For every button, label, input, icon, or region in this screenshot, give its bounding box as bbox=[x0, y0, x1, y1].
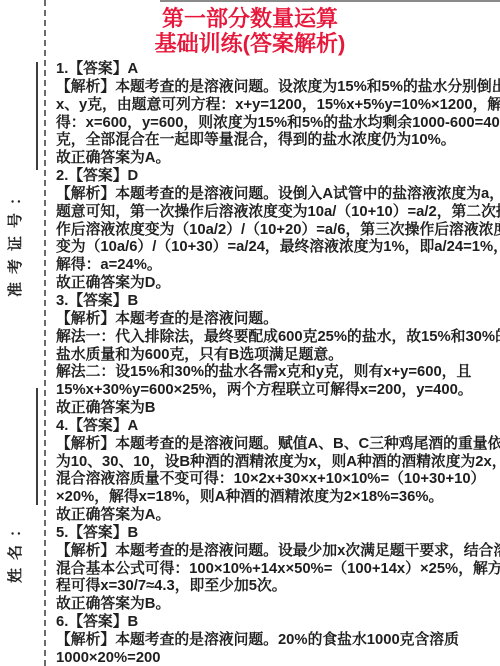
conclusion-line: 故正确答案为A。 bbox=[56, 150, 498, 168]
fold-divider-dashed-line bbox=[44, 0, 46, 666]
analysis-line: 【解析】本题考查的是溶液问题。赋值A、B、C三种鸡尾酒的重量依次 bbox=[56, 436, 498, 454]
analysis-line: 程可得x=30/7≈4.3，即至少加5次。 bbox=[56, 578, 498, 596]
analysis-line: 解法一：代入排除法，最终要配成600克25%的盐水，故15%和30%的 bbox=[56, 329, 498, 347]
answer-item-6: 6.【答案】B 【解析】本题考查的是溶液问题。20%的食盐水1000克含溶质 1… bbox=[56, 614, 498, 666]
page-title-line1: 第一部分数量运算 bbox=[0, 6, 500, 31]
analysis-line: 解法二：设15%和30%的盐水各需x克和y克，则有x+y=600，且 bbox=[56, 364, 498, 382]
answer-item-2: 2.【答案】D 【解析】本题考查的是溶液问题。设倒入A试管中的盐溶液浓度为a，由… bbox=[56, 168, 498, 293]
answer-line: 6.【答案】B bbox=[56, 614, 498, 632]
conclusion-line: 故正确答案为B bbox=[56, 400, 498, 418]
analysis-line: 作后溶液浓度变为（10a/2）/（10+20）=a/6，第三次操作后溶液浓度 bbox=[56, 222, 498, 240]
analysis-line: 【解析】本题考查的是溶液问题。 bbox=[56, 311, 498, 329]
analysis-line: 【解析】本题考查的是溶液问题。设浓度为15%和5%的盐水分别倒出 bbox=[56, 79, 498, 97]
analysis-line: 解得：a=24%。 bbox=[56, 257, 498, 275]
conclusion-line: 故正确答案为D。 bbox=[56, 275, 498, 293]
analysis-line: 【解析】本题考查的是溶液问题。设倒入A试管中的盐溶液浓度为a，由 bbox=[56, 186, 498, 204]
analysis-line: ×20%，解得x=18%，则A种酒的酒精浓度为2×18%=36%。 bbox=[56, 489, 498, 507]
page-title-line2: 基础训练(答案解析) bbox=[0, 31, 500, 56]
answer-sheet-page: 准考证号： 姓名： 第一部分数量运算 基础训练(答案解析) 1.【答案】A 【解… bbox=[0, 0, 500, 666]
analysis-line: 盐水质量和为600克，只有B选项满足题意。 bbox=[56, 347, 498, 365]
analysis-line: x、y克，由题意可列方程：x+y=1200，15%x+5%y=10%×1200，… bbox=[56, 97, 498, 115]
analysis-line: 变为（10a/6）/（10+30）=a/24，最终溶液浓度为1%，即a/24=1… bbox=[56, 239, 498, 257]
answer-line: 4.【答案】A bbox=[56, 418, 498, 436]
exam-number-label: 准考证号： bbox=[4, 183, 28, 297]
exam-number-blank-line bbox=[36, 62, 38, 170]
analysis-line: 【解析】本题考查的是溶液问题。设最少加x次满足题干要求，结合溶液 bbox=[56, 543, 498, 561]
analysis-line: 为10、30、10，设B种酒的酒精浓度为x，则A种酒的酒精浓度为2x，由 bbox=[56, 454, 498, 472]
conclusion-line: 故正确答案为B。 bbox=[56, 596, 498, 614]
answer-item-5: 5.【答案】B 【解析】本题考查的是溶液问题。设最少加x次满足题干要求，结合溶液… bbox=[56, 525, 498, 614]
answer-line: 3.【答案】B bbox=[56, 293, 498, 311]
answers-content: 1.【答案】A 【解析】本题考查的是溶液问题。设浓度为15%和5%的盐水分别倒出… bbox=[56, 61, 498, 666]
analysis-line: 【解析】本题考查的是溶液问题。20%的食盐水1000克含溶质 bbox=[56, 632, 498, 650]
analysis-line: 15%x+30%y=600×25%，两个方程联立可解得x=200，y=400。 bbox=[56, 382, 498, 400]
answer-item-3: 3.【答案】B 【解析】本题考查的是溶液问题。 解法一：代入排除法，最终要配成6… bbox=[56, 293, 498, 418]
answer-line: 1.【答案】A bbox=[56, 61, 498, 79]
answer-line: 5.【答案】B bbox=[56, 525, 498, 543]
analysis-line: 克，全部混合在一起即等量混合，得到的盐水浓度仍为10%。 bbox=[56, 132, 498, 150]
page-top-edge bbox=[160, 0, 500, 2]
analysis-line: 题意可知，第一次操作后溶液浓度变为10a/（10+10）=a/2，第二次操 bbox=[56, 204, 498, 222]
analysis-line: 1000×20%=200 bbox=[56, 650, 498, 666]
name-blank-line bbox=[36, 388, 38, 505]
analysis-line: 混合溶液溶质量不变可得：10×2x+30×x+10×10%=（10+30+10） bbox=[56, 471, 498, 489]
conclusion-line: 故正确答案为A。 bbox=[56, 507, 498, 525]
analysis-line: 得：x=600，y=600，则浓度为15%和5%的盐水均剩余1000-600=4… bbox=[56, 115, 498, 133]
page-title: 第一部分数量运算 基础训练(答案解析) bbox=[0, 6, 500, 56]
name-label: 姓名： bbox=[4, 513, 28, 583]
analysis-line: 混合基本公式可得：100×10%+14x×50%=（100+14x）×25%，解… bbox=[56, 561, 498, 579]
answer-item-1: 1.【答案】A 【解析】本题考查的是溶液问题。设浓度为15%和5%的盐水分别倒出… bbox=[56, 61, 498, 168]
answer-item-4: 4.【答案】A 【解析】本题考查的是溶液问题。赋值A、B、C三种鸡尾酒的重量依次… bbox=[56, 418, 498, 525]
answer-line: 2.【答案】D bbox=[56, 168, 498, 186]
